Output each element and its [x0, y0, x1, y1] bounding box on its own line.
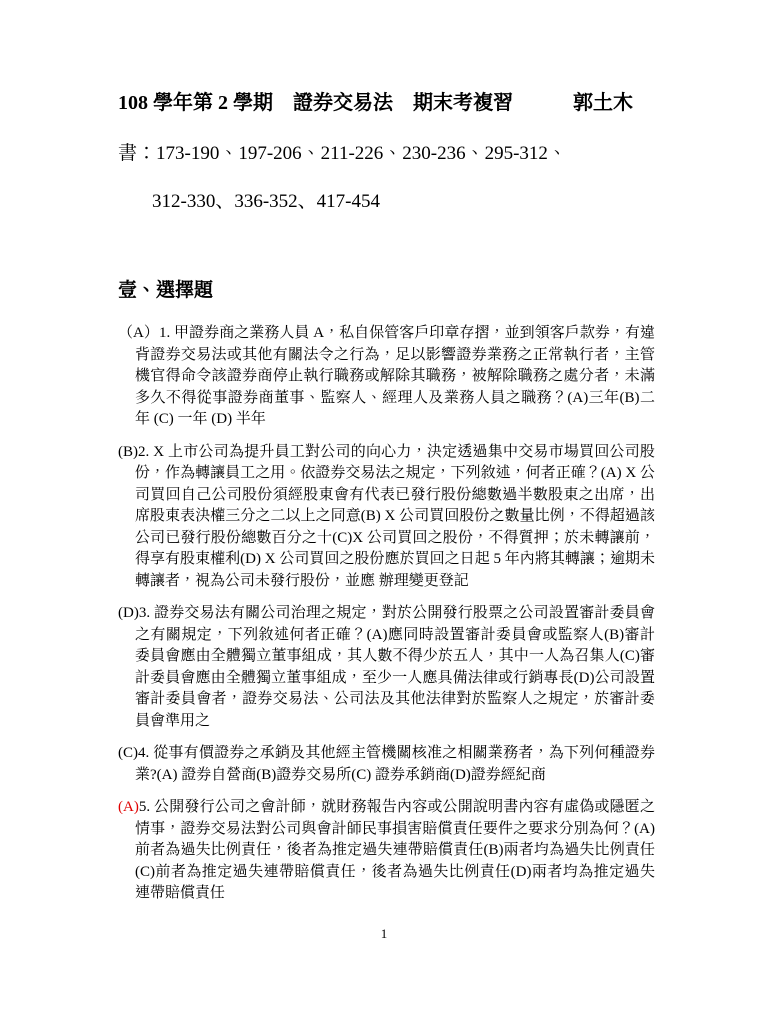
- question-4-number: 4.: [138, 745, 149, 761]
- question-4: (C)4. 從事有價證券之承銷及其他經主管機關核准之相關業務者，為下列何種證券業…: [118, 743, 655, 786]
- question-list: （A）1. 甲證券商之業務人員 A，私自保管客戶印章存摺，並到領客戶款券，有違背…: [118, 323, 655, 905]
- page-number: 1: [0, 926, 768, 942]
- question-5-text: 公開發行公司之會計師，就財務報告內容或公開說明書內容有虛偽或隱匿之情事，證券交易…: [135, 799, 655, 901]
- question-1: （A）1. 甲證券商之業務人員 A，私自保管客戶印章存摺，並到領客戶款券，有違背…: [118, 323, 655, 431]
- document-content: 108 學年第 2 學期 證券交易法 期末考複習 郭土木 書：173-190、1…: [118, 0, 655, 916]
- question-3: (D)3. 證券交易法有關公司治理之規定，對於公開發行股票之公司設置審計委員會之…: [118, 603, 655, 732]
- reading-range-line-2: 312-330、336-352、417-454: [152, 189, 655, 215]
- question-3-answer-label: (D): [118, 605, 139, 621]
- question-5: (A)5. 公開發行公司之會計師，就財務報告內容或公開說明書內容有虛偽或隱匿之情…: [118, 797, 655, 905]
- doc-title: 108 學年第 2 學期 證券交易法 期末考複習 郭土木: [118, 90, 655, 116]
- section-heading: 壹、選擇題: [118, 278, 655, 304]
- question-1-answer-label: （A）: [118, 325, 159, 341]
- question-2-text: X 上市公司為提升員工對公司的向心力，決定透過集中交易市場買回公司股份，作為轉讓…: [135, 444, 655, 589]
- question-4-answer-label: (C): [118, 745, 138, 761]
- question-3-number: 3.: [139, 605, 150, 621]
- document-page: 108 學年第 2 學期 證券交易法 期末考複習 郭土木 書：173-190、1…: [0, 0, 768, 1024]
- question-5-number: 5.: [139, 799, 150, 815]
- question-3-text: 證券交易法有關公司治理之規定，對於公開發行股票之公司設置審計委員會之有關規定，下…: [135, 605, 655, 729]
- question-4-text: 從事有價證券之承銷及其他經主管機關核准之相關業務者，為下列何種證券業?(A) 證…: [135, 745, 655, 783]
- question-2-number: 2.: [138, 444, 149, 460]
- question-2: (B)2. X 上市公司為提升員工對公司的向心力，決定透過集中交易市場買回公司股…: [118, 442, 655, 593]
- question-1-text: 甲證券商之業務人員 A，私自保管客戶印章存摺，並到領客戶款券，有違背證券交易法或…: [135, 325, 655, 427]
- question-1-number: 1.: [159, 325, 170, 341]
- question-5-answer-label: (A): [118, 799, 139, 815]
- reading-range-line-1: 書：173-190、197-206、211-226、230-236、295-31…: [118, 141, 655, 167]
- question-2-answer-label: (B): [118, 444, 138, 460]
